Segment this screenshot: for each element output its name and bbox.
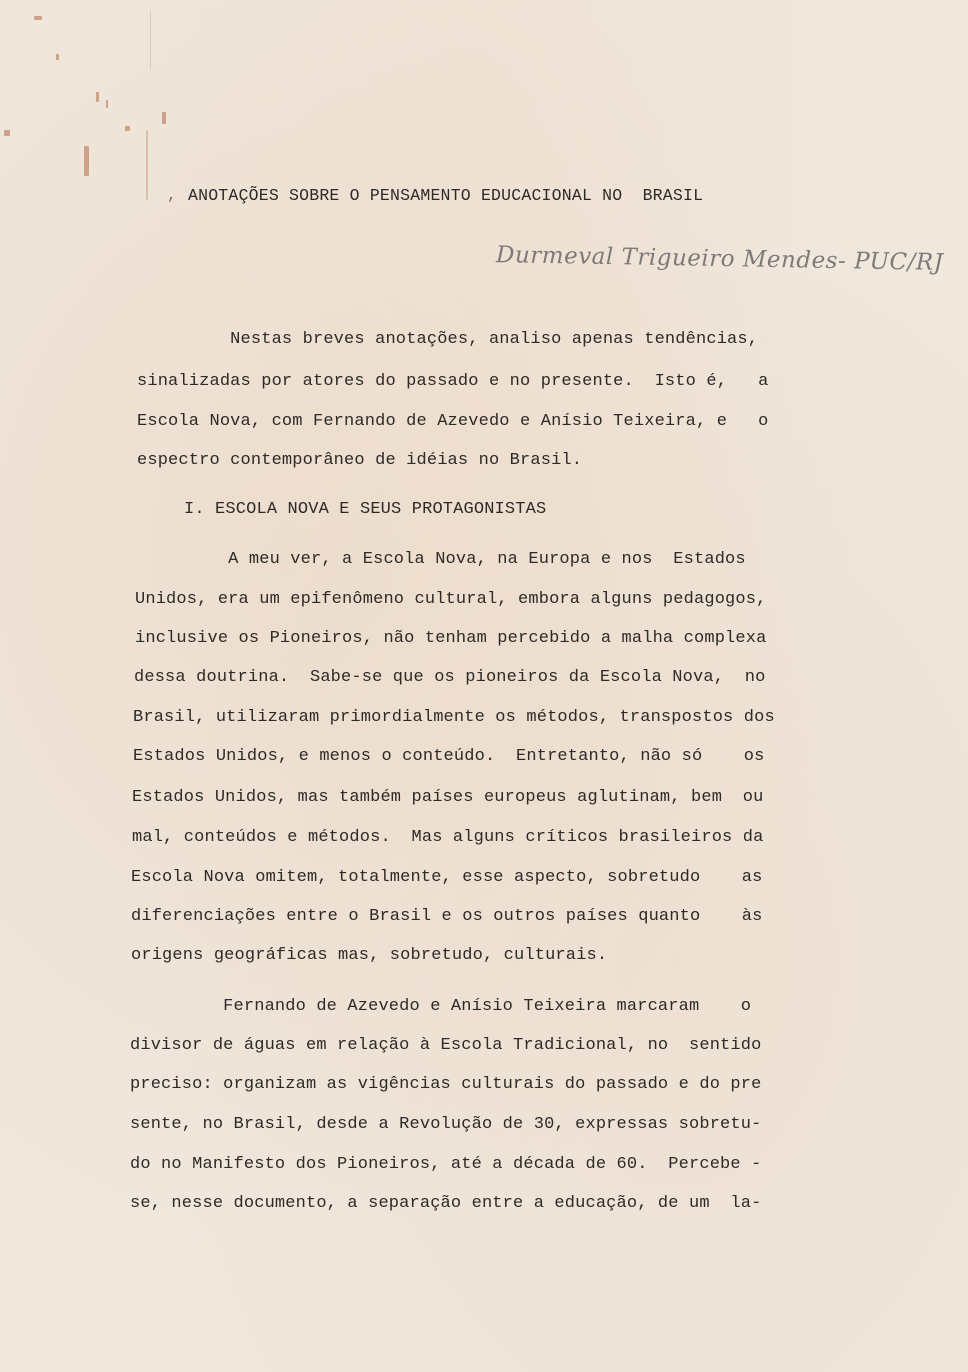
handwritten-author-note: Durmeval Trigueiro Mendes- PUC/RJ <box>496 242 944 276</box>
text-line: mal, conteúdos e métodos. Mas alguns crí… <box>132 828 763 847</box>
text-line: Unidos, era um epifenômeno cultural, emb… <box>135 590 766 609</box>
stain-mark <box>84 146 89 176</box>
scanned-typewritten-page: , ANOTAÇÕES SOBRE O PENSAMENTO EDUCACION… <box>0 0 968 1372</box>
text-line: Nestas breves anotações, analiso apenas … <box>137 330 758 349</box>
text-line: Estados Unidos, e menos o conteúdo. Entr… <box>133 747 764 766</box>
stain-mark <box>150 10 151 70</box>
document-title: ANOTAÇÕES SOBRE O PENSAMENTO EDUCACIONAL… <box>188 186 703 205</box>
stain-mark <box>34 16 42 20</box>
margin-mark: , <box>167 186 177 204</box>
text-line: sente, no Brasil, desde a Revolução de 3… <box>130 1115 761 1134</box>
stain-mark <box>4 130 10 136</box>
text-line: diferenciações entre o Brasil e os outro… <box>131 907 762 926</box>
stain-mark <box>162 112 166 124</box>
text-line: Estados Unidos, mas também países europe… <box>132 788 763 807</box>
text-line: Brasil, utilizaram primordialmente os mé… <box>133 708 775 727</box>
text-line: sinalizadas por atores do passado e no p… <box>137 372 768 391</box>
stain-mark <box>106 100 108 108</box>
stain-mark <box>56 54 59 60</box>
stain-mark <box>125 126 130 131</box>
text-line: Fernando de Azevedo e Anísio Teixeira ma… <box>130 997 751 1016</box>
text-line: A meu ver, a Escola Nova, na Europa e no… <box>135 550 746 569</box>
stain-mark <box>146 130 148 200</box>
text-line: origens geográficas mas, sobretudo, cult… <box>131 946 607 965</box>
text-line: do no Manifesto dos Pioneiros, até a déc… <box>130 1155 761 1174</box>
stain-mark <box>96 92 99 102</box>
text-line: inclusive os Pioneiros, não tenham perce… <box>135 629 766 648</box>
text-line: dessa doutrina. Sabe-se que os pioneiros… <box>134 668 765 687</box>
text-line: divisor de águas em relação à Escola Tra… <box>130 1036 761 1055</box>
text-line: espectro contemporâneo de idéias no Bras… <box>137 451 582 470</box>
section-heading: I. ESCOLA NOVA E SEUS PROTAGONISTAS <box>184 500 546 519</box>
text-line: se, nesse documento, a separação entre a… <box>130 1194 761 1213</box>
text-line: Escola Nova omitem, totalmente, esse asp… <box>131 868 762 887</box>
text-line: Escola Nova, com Fernando de Azevedo e A… <box>137 412 768 431</box>
text-line: preciso: organizam as vigências culturai… <box>130 1075 761 1094</box>
